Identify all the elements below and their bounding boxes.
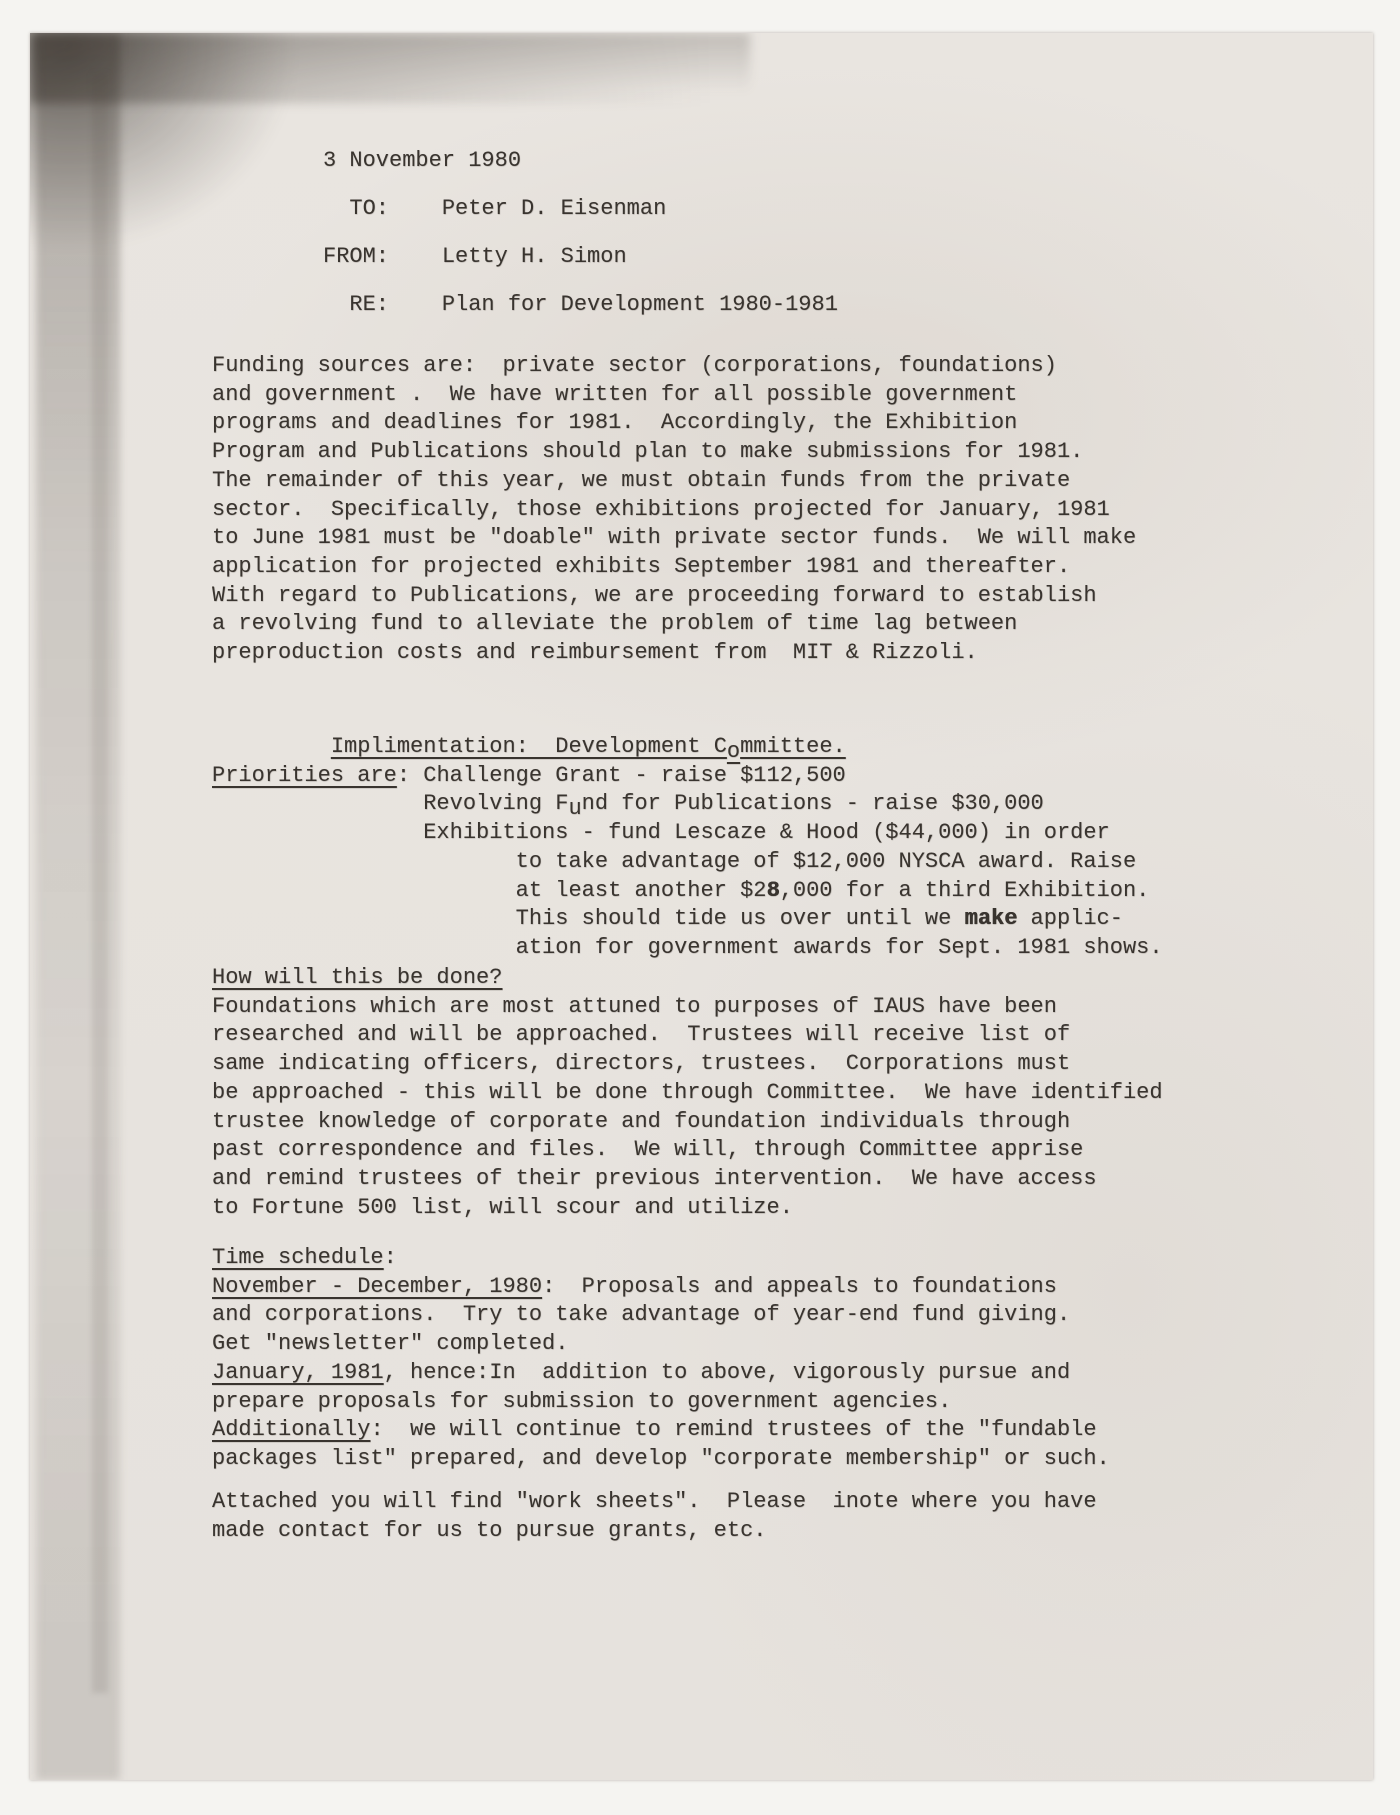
memo-line: Program and Publications should plan to … [212, 438, 1136, 467]
memo-line: at least another $28,000 for a third Exh… [212, 877, 1163, 906]
memo-line: programs and deadlines for 1981. Accordi… [212, 409, 1136, 438]
memo-line: The remainder of this year, we must obta… [212, 467, 1136, 496]
memo-line: prepare proposals for submission to gove… [212, 1388, 1070, 1417]
memo-line: same indicating officers, directors, tru… [212, 1050, 1163, 1079]
memo-line: January, 1981, hence:In addition to abov… [212, 1359, 1070, 1388]
memo-line: Exhibitions - fund Lescaze & Hood ($44,0… [212, 819, 1163, 848]
memo-line: ation for government awards for Sept. 19… [212, 934, 1163, 963]
memo-line: to Fortune 500 list, will scour and util… [212, 1194, 1163, 1223]
memo-body: 3 November 1980 TO: Peter D. EisenmanFRO… [30, 33, 1373, 1780]
memo-line: With regard to Publications, we are proc… [212, 582, 1136, 611]
memo-line: application for projected exhibits Septe… [212, 553, 1136, 582]
memo-line: made contact for us to pursue grants, et… [212, 1517, 1097, 1546]
memo-line: November - December, 1980: Proposals and… [212, 1273, 1070, 1302]
memo-line: packages list" prepared, and develop "co… [212, 1445, 1110, 1474]
memo-line: Additionally: we will continue to remind… [212, 1416, 1110, 1445]
memo-line: and remind trustees of their previous in… [212, 1165, 1163, 1194]
memo-line: Funding sources are: private sector (cor… [212, 352, 1136, 381]
memo-line: sector. Specifically, those exhibitions … [212, 496, 1136, 525]
memo-line: be approached - this will be done throug… [212, 1079, 1163, 1108]
memo-block-schedule: Time schedule:November - December, 1980:… [212, 1244, 1070, 1416]
memo-line: preproduction costs and reimbursement fr… [212, 639, 1136, 668]
memo-block-attached: Attached you will find "work sheets". Pl… [212, 1488, 1097, 1545]
memo-line: RE: Plan for Development 1980-1981 [323, 281, 838, 329]
memo-line: and corporations. Try to take advantage … [212, 1301, 1070, 1330]
memo-block-implementation: Implimentation: Development Committee.Pr… [212, 733, 1163, 963]
memo-block-additionally: Additionally: we will continue to remind… [212, 1416, 1110, 1473]
memo-line: Time schedule: [212, 1244, 1070, 1273]
memo-block-intro: Funding sources are: private sector (cor… [212, 352, 1136, 668]
memo-line: TO: Peter D. Eisenman [323, 185, 838, 233]
memo-line: trustee knowledge of corporate and found… [212, 1108, 1163, 1137]
memo-block-how: How will this be done?Foundations which … [212, 964, 1163, 1222]
scan-background: 3 November 1980 TO: Peter D. EisenmanFRO… [0, 0, 1400, 1815]
memo-page: 3 November 1980 TO: Peter D. EisenmanFRO… [30, 33, 1373, 1780]
memo-line: Foundations which are most attuned to pu… [212, 993, 1163, 1022]
memo-line: Priorities are: Challenge Grant - raise … [212, 762, 1163, 791]
memo-line: Get "newsletter" completed. [212, 1330, 1070, 1359]
memo-line: and government . We have written for all… [212, 381, 1136, 410]
memo-line: How will this be done? [212, 964, 1163, 993]
memo-line: FROM: Letty H. Simon [323, 233, 838, 281]
memo-line: Attached you will find "work sheets". Pl… [212, 1488, 1097, 1517]
memo-line: Implimentation: Development Committee. [212, 733, 1163, 762]
memo-line: a revolving fund to alleviate the proble… [212, 610, 1136, 639]
memo-line: 3 November 1980 [323, 137, 838, 185]
memo-line: This should tide us over until we make a… [212, 905, 1163, 934]
memo-line: to June 1981 must be "doable" with priva… [212, 524, 1136, 553]
memo-line: researched and will be approached. Trust… [212, 1021, 1163, 1050]
memo-line: Revolving Fund for Publications - raise … [212, 790, 1163, 819]
memo-line: past correspondence and files. We will, … [212, 1136, 1163, 1165]
memo-line: to take advantage of $12,000 NYSCA award… [212, 848, 1163, 877]
memo-block-header: 3 November 1980 TO: Peter D. EisenmanFRO… [323, 137, 838, 329]
